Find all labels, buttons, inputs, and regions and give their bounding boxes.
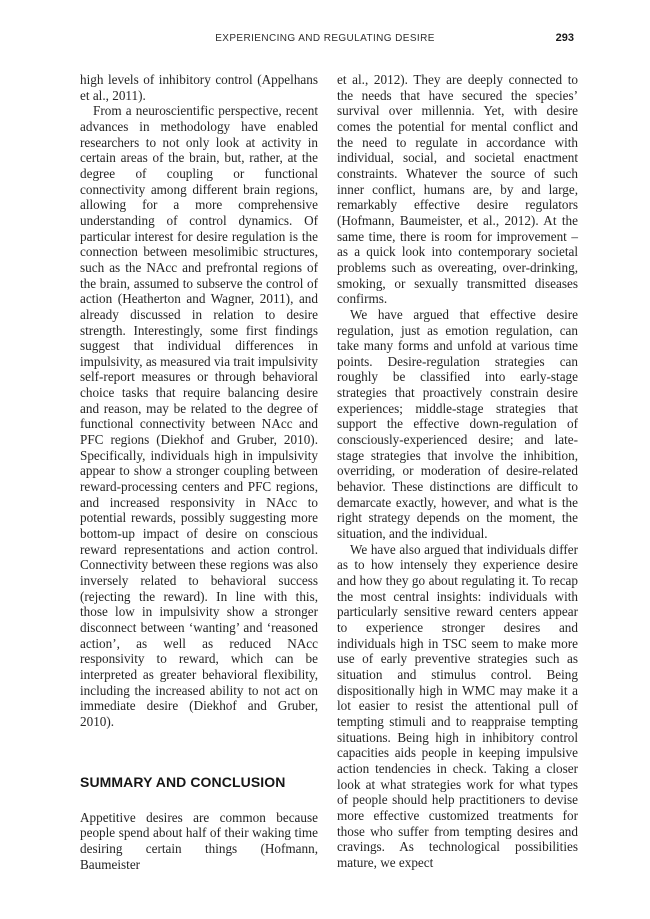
- running-header: EXPERIENCING AND REGULATING DESIRE 293: [0, 33, 650, 49]
- paragraph: We have argued that effective desire reg…: [337, 307, 578, 542]
- section-heading: SUMMARY AND CONCLUSION: [80, 774, 318, 790]
- paragraph: high levels of inhibitory control (Appel…: [80, 72, 318, 103]
- paragraph: et al., 2012). They are deeply connected…: [337, 72, 578, 307]
- page-content: high levels of inhibitory control (Appel…: [80, 72, 578, 872]
- page-number: 293: [556, 32, 574, 44]
- paragraph: Appetitive desires are common because pe…: [80, 810, 318, 873]
- left-column: high levels of inhibitory control (Appel…: [80, 72, 318, 872]
- running-header-title: EXPERIENCING AND REGULATING DESIRE: [0, 33, 650, 44]
- paragraph: From a neuroscientific perspective, rece…: [80, 103, 318, 729]
- book-page: EXPERIENCING AND REGULATING DESIRE 293 h…: [0, 0, 650, 919]
- paragraph: We have also argued that individuals dif…: [337, 542, 578, 871]
- right-column: et al., 2012). They are deeply connected…: [337, 72, 578, 872]
